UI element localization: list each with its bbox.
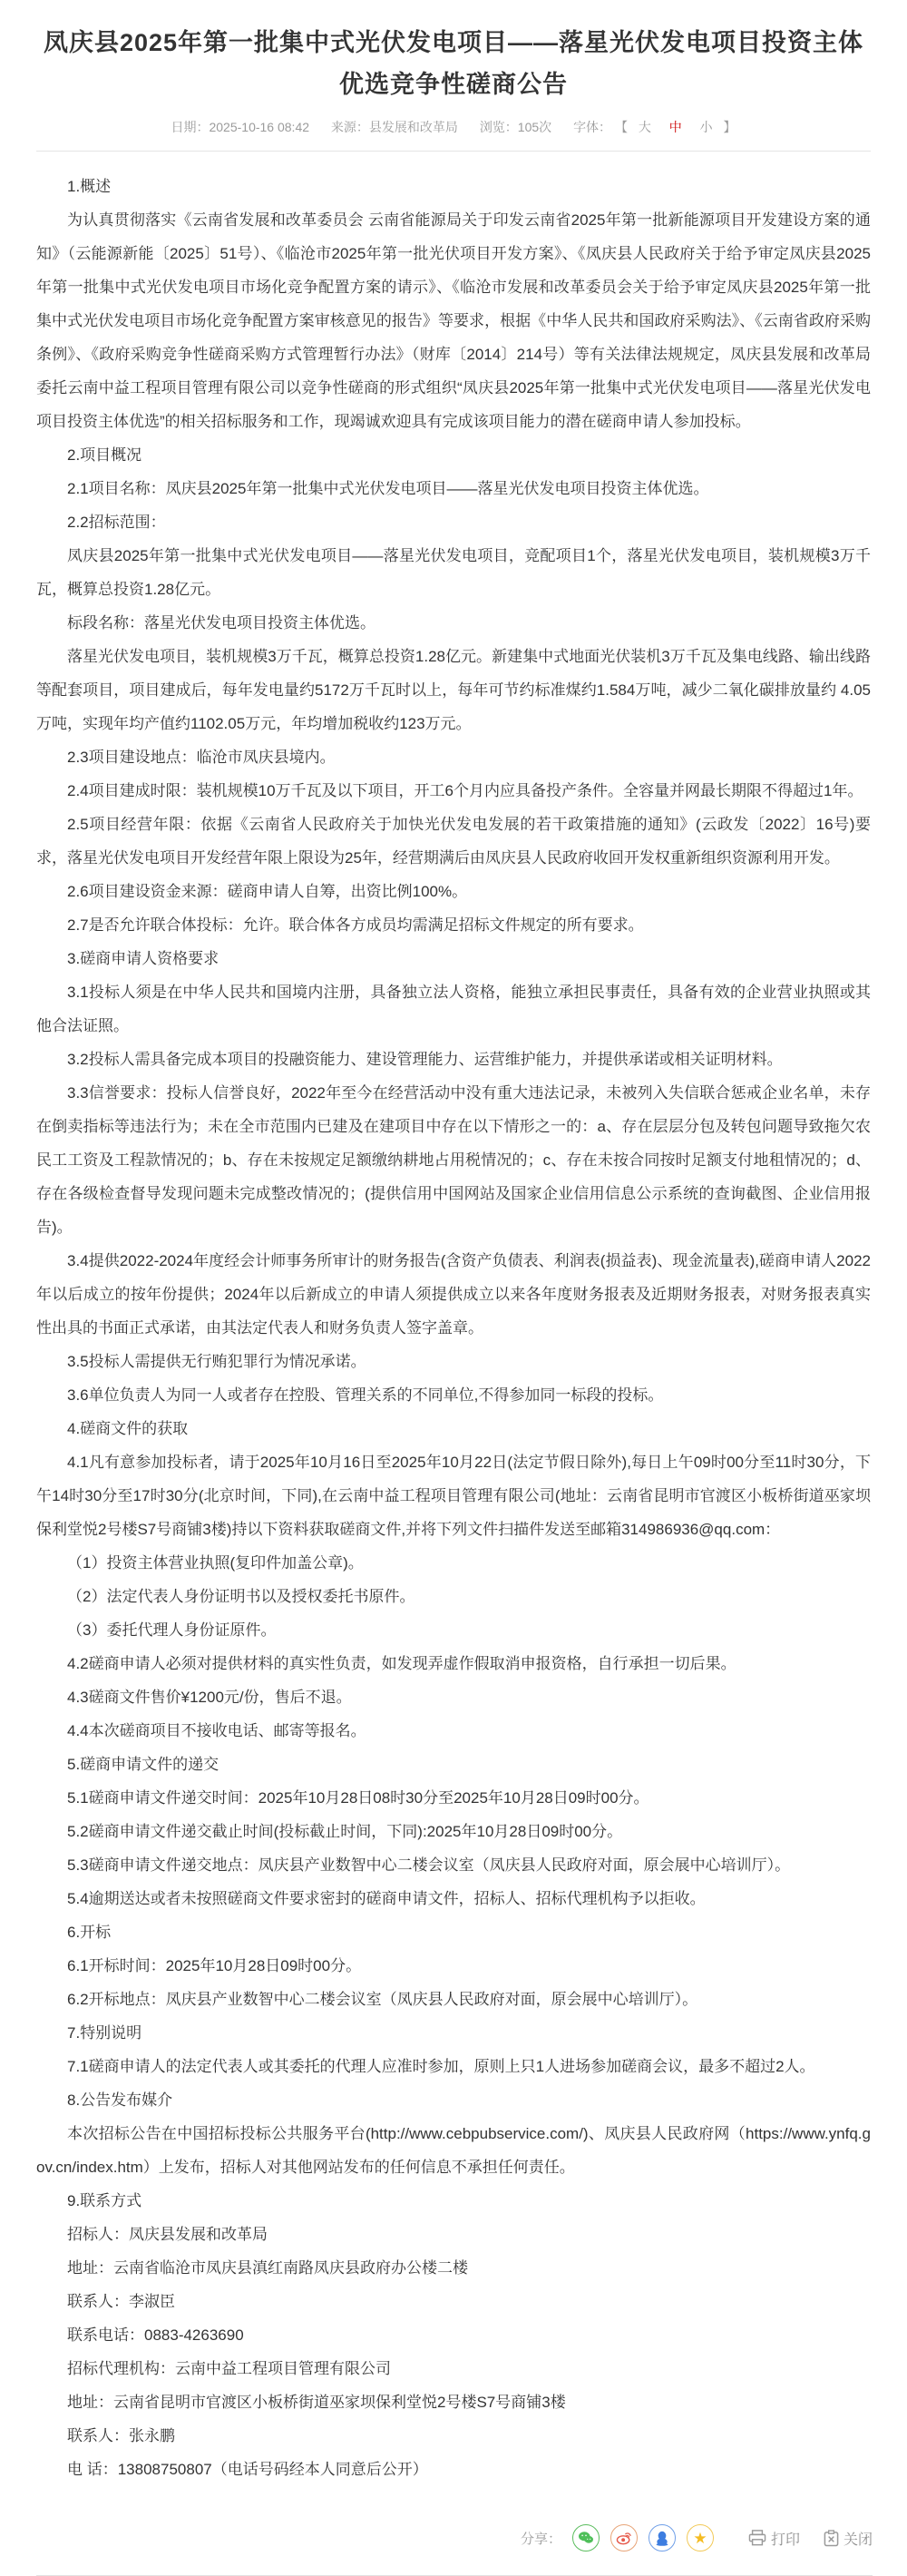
meta-date: 日期：2025-10-16 08:42 — [171, 120, 309, 134]
close-icon — [824, 2530, 839, 2547]
paragraph: 7.1磋商申请人的法定代表人或其委托的代理人应准时参加，原则上只1人进场参加磋商… — [36, 2050, 871, 2083]
close-button[interactable]: 关闭 — [824, 2528, 873, 2549]
paragraph: 3.6单位负责人为同一人或者存在控股、管理关系的不同单位,不得参加同一标段的投标… — [36, 1378, 871, 1412]
article-body: 1.概述 为认真贯彻落实《云南省发展和改革委员会 云南省能源局关于印发云南省20… — [0, 152, 907, 2486]
paragraph: 3.4提供2022-2024年度经会计师事务所审计的财务报告(含资产负债表、利润… — [36, 1244, 871, 1345]
paragraph: 凤庆县2025年第一批集中式光伏发电项目——落星光伏发电项目，竞配项目1个，落星… — [36, 539, 871, 606]
paragraph: 2.4项目建成时限：装机规模10万千瓦及以下项目，开工6个月内应具备投产条件。全… — [36, 774, 871, 808]
paragraph: 3.磋商申请人资格要求 — [36, 942, 871, 975]
footer-toolbar: 分享： — [0, 2522, 907, 2553]
share-qzone-icon[interactable]: ★ — [687, 2524, 714, 2552]
close-label: 关闭 — [844, 2528, 873, 2549]
font-size-controls: 字体： 【 大 中 小 】 — [573, 120, 736, 134]
paragraph: 2.3项目建设地点：临沧市凤庆县境内。 — [36, 740, 871, 774]
paragraph: 4.磋商文件的获取 — [36, 1412, 871, 1445]
paragraph: 1.概述 — [36, 170, 871, 203]
paragraph: 本次招标公告在中国招标投标公共服务平台(http://www.cebpubser… — [36, 2117, 871, 2184]
star-glyph: ★ — [693, 2531, 707, 2546]
paragraph: 3.5投标人需提供无行贿犯罪行为情况承诺。 — [36, 1345, 871, 1378]
share-weibo-icon[interactable] — [610, 2524, 638, 2552]
paragraph: 2.项目概况 — [36, 438, 871, 472]
paragraph: 地址：云南省临沧市凤庆县滇红南路凤庆县政府办公楼二楼 — [36, 2251, 871, 2285]
paragraph: （2）法定代表人身份证明书以及授权委托书原件。 — [36, 1580, 871, 1613]
paragraph: 7.特别说明 — [36, 2016, 871, 2050]
paragraph: 2.5项目经营年限：依据《云南省人民政府关于加快光伏发电发展的若干政策措施的通知… — [36, 808, 871, 875]
paragraph: 联系电话：0883-4263690 — [36, 2318, 871, 2352]
bracket-close: 】 — [724, 120, 736, 134]
print-label: 打印 — [771, 2528, 800, 2549]
paragraph: （1）投资主体营业执照(复印件加盖公章)。 — [36, 1546, 871, 1580]
font-size-label: 字体： — [573, 120, 611, 134]
font-size-medium-button[interactable]: 中 — [669, 120, 682, 134]
paragraph: 2.1项目名称：凤庆县2025年第一批集中式光伏发电项目——落星光伏发电项目投资… — [36, 472, 871, 505]
paragraph: 招标人：凤庆县发展和改革局 — [36, 2218, 871, 2251]
paragraph: 5.磋商申请文件的递交 — [36, 1748, 871, 1781]
paragraph: 地址：云南省昆明市官渡区小板桥街道巫家坝保利堂悦2号楼S7号商铺3楼 — [36, 2385, 871, 2419]
paragraph: 联系人：李淑臣 — [36, 2285, 871, 2318]
paragraph: 4.4本次磋商项目不接收电话、邮寄等报名。 — [36, 1714, 871, 1748]
printer-icon — [748, 2530, 766, 2546]
paragraph: 3.2投标人需具备完成本项目的投融资能力、建设管理能力、运营维护能力，并提供承诺… — [36, 1043, 871, 1076]
font-size-large-button[interactable]: 大 — [639, 120, 651, 134]
paragraph: 9.联系方式 — [36, 2184, 871, 2218]
paragraph: 4.3磋商文件售价¥1200元/份，售后不退。 — [36, 1680, 871, 1714]
share-label: 分享： — [521, 2529, 561, 2548]
paragraph: 8.公告发布媒介 — [36, 2083, 871, 2117]
paragraph: 为认真贯彻落实《云南省发展和改革委员会 云南省能源局关于印发云南省2025年第一… — [36, 203, 871, 438]
paragraph: 5.4逾期送达或者未按照磋商文件要求密封的磋商申请文件，招标人、招标代理机构予以… — [36, 1882, 871, 1915]
announcement-article: 凤庆县2025年第一批集中式光伏发电项目——落星光伏发电项目投资主体优选竞争性磋… — [0, 0, 907, 2576]
paragraph: 6.开标 — [36, 1915, 871, 1949]
bracket-open: 【 — [615, 120, 628, 134]
article-meta: 日期：2025-10-16 08:42 来源：县发展和改革局 浏览：105次 字… — [0, 118, 907, 136]
meta-source: 来源：县发展和改革局 — [331, 120, 458, 134]
paragraph: 联系人：张永鹏 — [36, 2419, 871, 2453]
paragraph: 3.1投标人须是在中华人民共和国境内注册，具备独立法人资格，能独立承担民事责任，… — [36, 975, 871, 1043]
page-title: 凤庆县2025年第一批集中式光伏发电项目——落星光伏发电项目投资主体优选竞争性磋… — [31, 22, 876, 105]
paragraph: 2.2招标范围： — [36, 505, 871, 539]
paragraph: 6.2开标地点：凤庆县产业数智中心二楼会议室（凤庆县人民政府对面，原会展中心培训… — [36, 1983, 871, 2016]
paragraph: 5.1磋商申请文件递交时间：2025年10月28日08时30分至2025年10月… — [36, 1781, 871, 1815]
paragraph: 5.2磋商申请文件递交截止时间(投标截止时间，下同):2025年10月28日09… — [36, 1815, 871, 1848]
paragraph: 2.6项目建设资金来源：磋商申请人自筹，出资比例100%。 — [36, 875, 871, 908]
paragraph: 2.7是否允许联合体投标：允许。联合体各方成员均需满足招标文件规定的所有要求。 — [36, 908, 871, 942]
paragraph: 6.1开标时间：2025年10月28日09时00分。 — [36, 1949, 871, 1983]
paragraph: 落星光伏发电项目，装机规模3万千瓦，概算总投资1.28亿元。新建集中式地面光伏装… — [36, 640, 871, 740]
paragraph: 5.3磋商申请文件递交地点：凤庆县产业数智中心二楼会议室（凤庆县人民政府对面，原… — [36, 1848, 871, 1882]
print-button[interactable]: 打印 — [748, 2528, 800, 2549]
paragraph: 电 话：13808750807（电话号码经本人同意后公开） — [36, 2453, 871, 2486]
paragraph: 标段名称：落星光伏发电项目投资主体优选。 — [36, 606, 871, 640]
paragraph: 3.3信誉要求：投标人信誉良好，2022年至今在经营活动中没有重大违法记录，未被… — [36, 1076, 871, 1244]
paragraph: 4.1凡有意参加投标者，请于2025年10月16日至2025年10月22日(法定… — [36, 1445, 871, 1546]
font-size-small-button[interactable]: 小 — [700, 120, 713, 134]
paragraph: 招标代理机构：云南中益工程项目管理有限公司 — [36, 2352, 871, 2385]
paragraph: 4.2磋商申请人必须对提供材料的真实性负责，如发现弄虚作假取消申报资格，自行承担… — [36, 1647, 871, 1680]
share-wechat-icon[interactable] — [572, 2524, 600, 2552]
paragraph: （3）委托代理人身份证原件。 — [36, 1613, 871, 1647]
meta-views: 浏览：105次 — [480, 120, 551, 134]
share-qq-icon[interactable] — [649, 2524, 676, 2552]
